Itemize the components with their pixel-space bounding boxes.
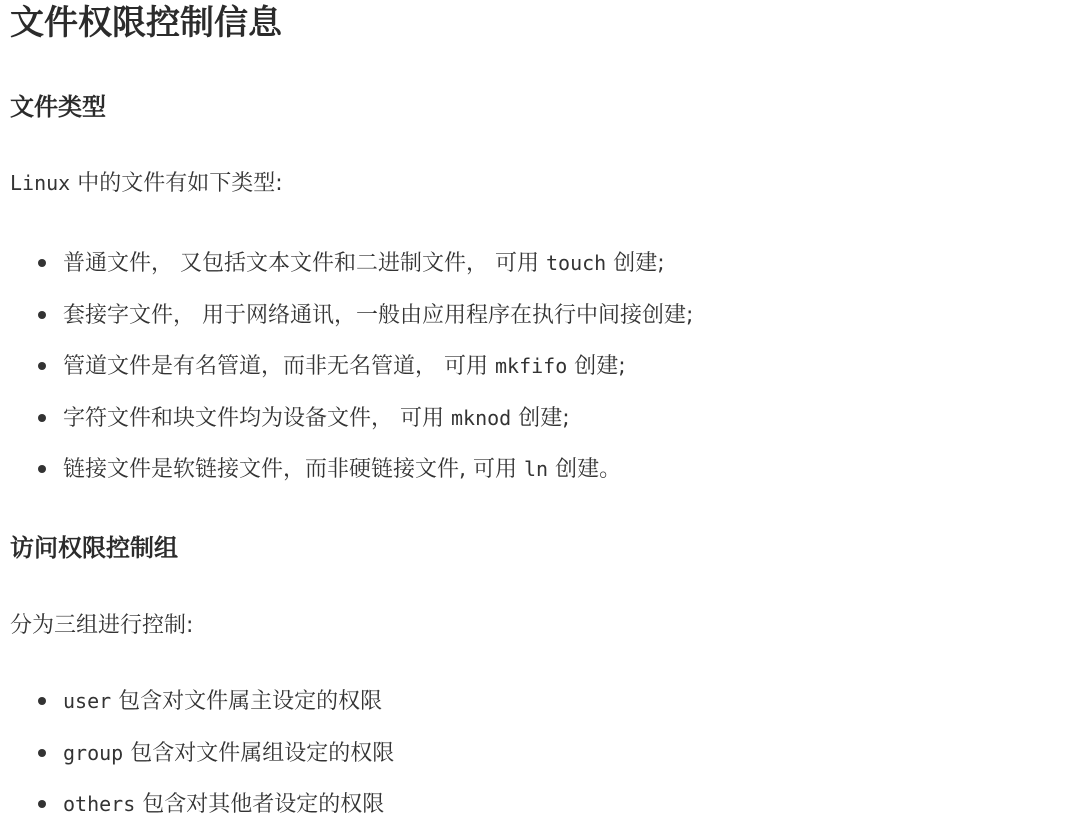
item-text: 普通文件， 又包括文本文件和二进制文件， 可用	[63, 251, 546, 276]
item-text: 创建;	[606, 251, 664, 276]
item-text: 包含对其他者设定的权限	[135, 792, 384, 817]
page-title: 文件权限控制信息	[10, 2, 282, 44]
item-text: 创建;	[567, 354, 625, 379]
list-item: others 包含对其他者设定的权限	[10, 789, 394, 835]
item-text: 套接字文件， 用于网络通讯，一般由应用程序在执行中间接创建;	[63, 303, 693, 328]
inline-code: mkfifo	[495, 354, 567, 378]
list-item: 链接文件是软链接文件，而非硬链接文件, 可用 ln 创建。	[10, 454, 693, 506]
bullet-icon	[38, 259, 46, 267]
item-text: 包含对文件属组设定的权限	[123, 741, 394, 766]
item-text: 字符文件和块文件均为设备文件， 可用	[63, 406, 451, 431]
item-text: 链接文件是软链接文件，而非硬链接文件, 可用	[63, 457, 524, 482]
inline-code: group	[63, 741, 123, 765]
section-heading-file-types: 文件类型	[10, 91, 106, 123]
inline-code: Linux	[10, 171, 70, 195]
item-text: 创建;	[511, 406, 569, 431]
list-item: 字符文件和块文件均为设备文件， 可用 mknod 创建;	[10, 403, 693, 455]
access-groups-intro: 分为三组进行控制:	[10, 610, 193, 641]
list-item: group 包含对文件属组设定的权限	[10, 738, 394, 790]
bullet-icon	[38, 800, 46, 808]
bullet-icon	[38, 414, 46, 422]
inline-code: others	[63, 792, 135, 816]
item-text: 管道文件是有名管道，而非无名管道， 可用	[63, 354, 495, 379]
bullet-icon	[38, 697, 46, 705]
inline-code: ln	[524, 457, 548, 481]
inline-code: touch	[546, 251, 606, 275]
list-item: 管道文件是有名管道，而非无名管道， 可用 mkfifo 创建;	[10, 351, 693, 403]
inline-code: user	[63, 689, 111, 713]
bullet-icon	[38, 465, 46, 473]
bullet-icon	[38, 362, 46, 370]
section-heading-access-groups: 访问权限控制组	[10, 532, 178, 564]
intro-text: 分为三组进行控制:	[10, 613, 193, 638]
list-item: user 包含对文件属主设定的权限	[10, 686, 394, 738]
bullet-icon	[38, 749, 46, 757]
access-groups-list: user 包含对文件属主设定的权限 group 包含对文件属组设定的权限 oth…	[10, 686, 394, 835]
item-text: 创建。	[548, 457, 621, 482]
item-text: 包含对文件属主设定的权限	[111, 689, 382, 714]
list-item: 普通文件， 又包括文本文件和二进制文件， 可用 touch 创建;	[10, 248, 693, 300]
bullet-icon	[38, 311, 46, 319]
file-types-intro: Linux 中的文件有如下类型:	[10, 168, 283, 199]
inline-code: mknod	[451, 406, 511, 430]
list-item: 套接字文件， 用于网络通讯，一般由应用程序在执行中间接创建;	[10, 300, 693, 352]
intro-text: 中的文件有如下类型:	[70, 171, 282, 196]
file-types-list: 普通文件， 又包括文本文件和二进制文件， 可用 touch 创建; 套接字文件，…	[10, 248, 693, 506]
